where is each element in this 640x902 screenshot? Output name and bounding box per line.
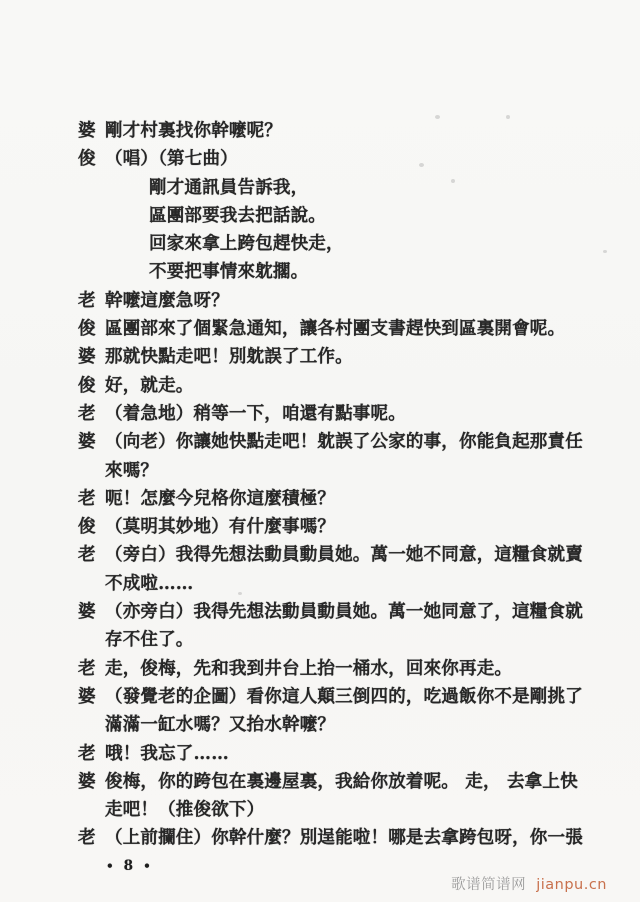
script-line-verse: 區團部要我去把話說。: [0, 202, 640, 230]
scan-speck: [506, 115, 510, 119]
speaker-label: 婆: [78, 428, 105, 456]
speaker-label: 婆: [78, 343, 105, 371]
scan-speck: [419, 163, 424, 167]
line-text: 哦！我忘了……: [105, 744, 229, 764]
script-line-cont: 滿滿一缸水嗎？又抬水幹嚒？: [0, 711, 640, 739]
line-text: 存不住了。: [105, 630, 194, 650]
script-line-dialogue: 婆剛才村裏找你幹嚒呢？: [0, 117, 640, 145]
line-text: 滿滿一缸水嗎？又抬水幹嚒？: [105, 715, 335, 735]
line-text: 呃！怎麼今兒格你這麼積極？: [105, 489, 335, 509]
line-text: 不要把事情來躭擱。: [149, 262, 308, 282]
line-text: 走吧！（推俊欲下）: [105, 800, 264, 820]
speaker-label: 俊: [78, 315, 105, 343]
line-text: （亦旁白）我得先想法動員動員她。萬一她同意了，這糧食就: [105, 602, 583, 622]
script-line-dialogue: 俊區團部來了個緊急通知，讓各村團支書趕快到區裏開會呢。: [0, 315, 640, 343]
line-text: 走，俊梅，先和我到井台上抬一桶水，回來你再走。: [105, 659, 512, 679]
script-line-dialogue: 老（上前攔住）你幹什麼？別逞能啦！哪是去拿跨包呀，你一張: [0, 824, 640, 852]
speaker-label: 婆: [78, 117, 105, 145]
line-text: 回家來拿上跨包趕快走，: [149, 234, 344, 254]
script-line-cont: 來嗎？: [0, 457, 640, 485]
script-line-dialogue: 婆（向老）你讓她快點走吧！躭誤了公家的事，你能負起那責任: [0, 428, 640, 456]
speaker-label: 老: [78, 287, 105, 315]
line-text: 俊梅，你的跨包在裏邊屋裏，我給你放着呢。 走， 去拿上快: [105, 772, 578, 792]
page-number-bullet-right: •: [143, 859, 151, 873]
speaker-label: 老: [78, 541, 105, 569]
watermark: 歌谱简谱网 jianpu.cn: [451, 873, 607, 894]
speaker-label: 俊: [78, 513, 105, 541]
line-text: 區團部來了個緊急通知，讓各村團支書趕快到區裏開會呢。: [105, 319, 565, 339]
watermark-domain: jianpu.cn: [536, 877, 607, 893]
script-line-dialogue: 老哦！我忘了……: [0, 740, 640, 768]
speaker-label: 俊: [78, 372, 105, 400]
line-text: （發覺老的企圖）看你這人顛三倒四的，吃過飯你不是剛挑了: [105, 687, 583, 707]
script-lines: 婆剛才村裏找你幹嚒呢？俊（唱）（第七曲）剛才通訊員告訴我，區團部要我去把話說。回…: [0, 117, 640, 853]
script-line-cont: 走吧！（推俊欲下）: [0, 796, 640, 824]
speaker-label: 婆: [78, 683, 105, 711]
script-line-dialogue: 老（着急地）稍等一下，咱還有點事呢。: [0, 400, 640, 428]
speaker-label: 老: [78, 740, 105, 768]
line-text: 區團部要我去把話說。: [149, 206, 326, 226]
line-text: 剛才村裏找你幹嚒呢？: [105, 121, 282, 141]
speaker-label: 老: [78, 824, 105, 852]
line-text: 幹嚒這麼急呀？: [105, 291, 229, 311]
script-line-dialogue: 俊（莫明其妙地）有什麼事嗎？: [0, 513, 640, 541]
speaker-label: 老: [78, 485, 105, 513]
line-text: （唱）（第七曲）: [105, 149, 238, 169]
script-line-dialogue: 老幹嚒這麼急呀？: [0, 287, 640, 315]
script-line-dialogue: 老（旁白）我得先想法動員動員她。萬一她不同意，這糧食就賣: [0, 541, 640, 569]
script-line-verse: 不要把事情來躭擱。: [0, 258, 640, 286]
line-text: 好，就走。: [105, 376, 194, 396]
script-line-dialogue: 俊（唱）（第七曲）: [0, 145, 640, 173]
speaker-label: 老: [78, 400, 105, 428]
scan-speck: [238, 592, 242, 595]
script-line-dialogue: 老走，俊梅，先和我到井台上抬一桶水，回來你再走。: [0, 655, 640, 683]
line-text: （旁白）我得先想法動員動員她。萬一她不同意，這糧食就賣: [105, 545, 583, 565]
scan-speck: [435, 115, 440, 119]
page-number-bullet-left: •: [106, 859, 114, 873]
script-line-cont: 不成啦……: [0, 570, 640, 598]
page-number-value: 8: [124, 858, 133, 874]
scanned-script-page: 婆剛才村裏找你幹嚒呢？俊（唱）（第七曲）剛才通訊員告訴我，區團部要我去把話說。回…: [0, 0, 640, 902]
line-text: （莫明其妙地）有什麼事嗎？: [105, 517, 335, 537]
watermark-site-name: 歌谱简谱网: [451, 877, 526, 893]
page-number: • 8 •: [106, 858, 151, 874]
script-line-dialogue: 俊好，就走。: [0, 372, 640, 400]
line-text: 不成啦……: [105, 574, 194, 594]
speaker-label: 婆: [78, 768, 105, 796]
script-line-dialogue: 老呃！怎麼今兒格你這麼積極？: [0, 485, 640, 513]
line-text: 來嗎？: [105, 461, 158, 481]
scan-speck: [451, 179, 455, 183]
script-line-dialogue: 婆（發覺老的企圖）看你這人顛三倒四的，吃過飯你不是剛挑了: [0, 683, 640, 711]
script-line-verse: 回家來拿上跨包趕快走，: [0, 230, 640, 258]
line-text: 剛才通訊員告訴我，: [149, 178, 308, 198]
line-text: 那就快點走吧！別躭誤了工作。: [105, 347, 353, 367]
speaker-label: 老: [78, 655, 105, 683]
script-line-dialogue: 婆俊梅，你的跨包在裏邊屋裏，我給你放着呢。 走， 去拿上快: [0, 768, 640, 796]
scan-speck: [603, 250, 607, 253]
line-text: （向老）你讓她快點走吧！躭誤了公家的事，你能負起那責任: [105, 432, 583, 452]
script-line-verse: 剛才通訊員告訴我，: [0, 174, 640, 202]
script-line-dialogue: 婆（亦旁白）我得先想法動員動員她。萬一她同意了，這糧食就: [0, 598, 640, 626]
speaker-label: 俊: [78, 145, 105, 173]
script-line-cont: 存不住了。: [0, 626, 640, 654]
speaker-label: 婆: [78, 598, 105, 626]
line-text: （上前攔住）你幹什麼？別逞能啦！哪是去拿跨包呀，你一張: [105, 828, 583, 848]
line-text: （着急地）稍等一下，咱還有點事呢。: [105, 404, 406, 424]
script-line-dialogue: 婆那就快點走吧！別躭誤了工作。: [0, 343, 640, 371]
